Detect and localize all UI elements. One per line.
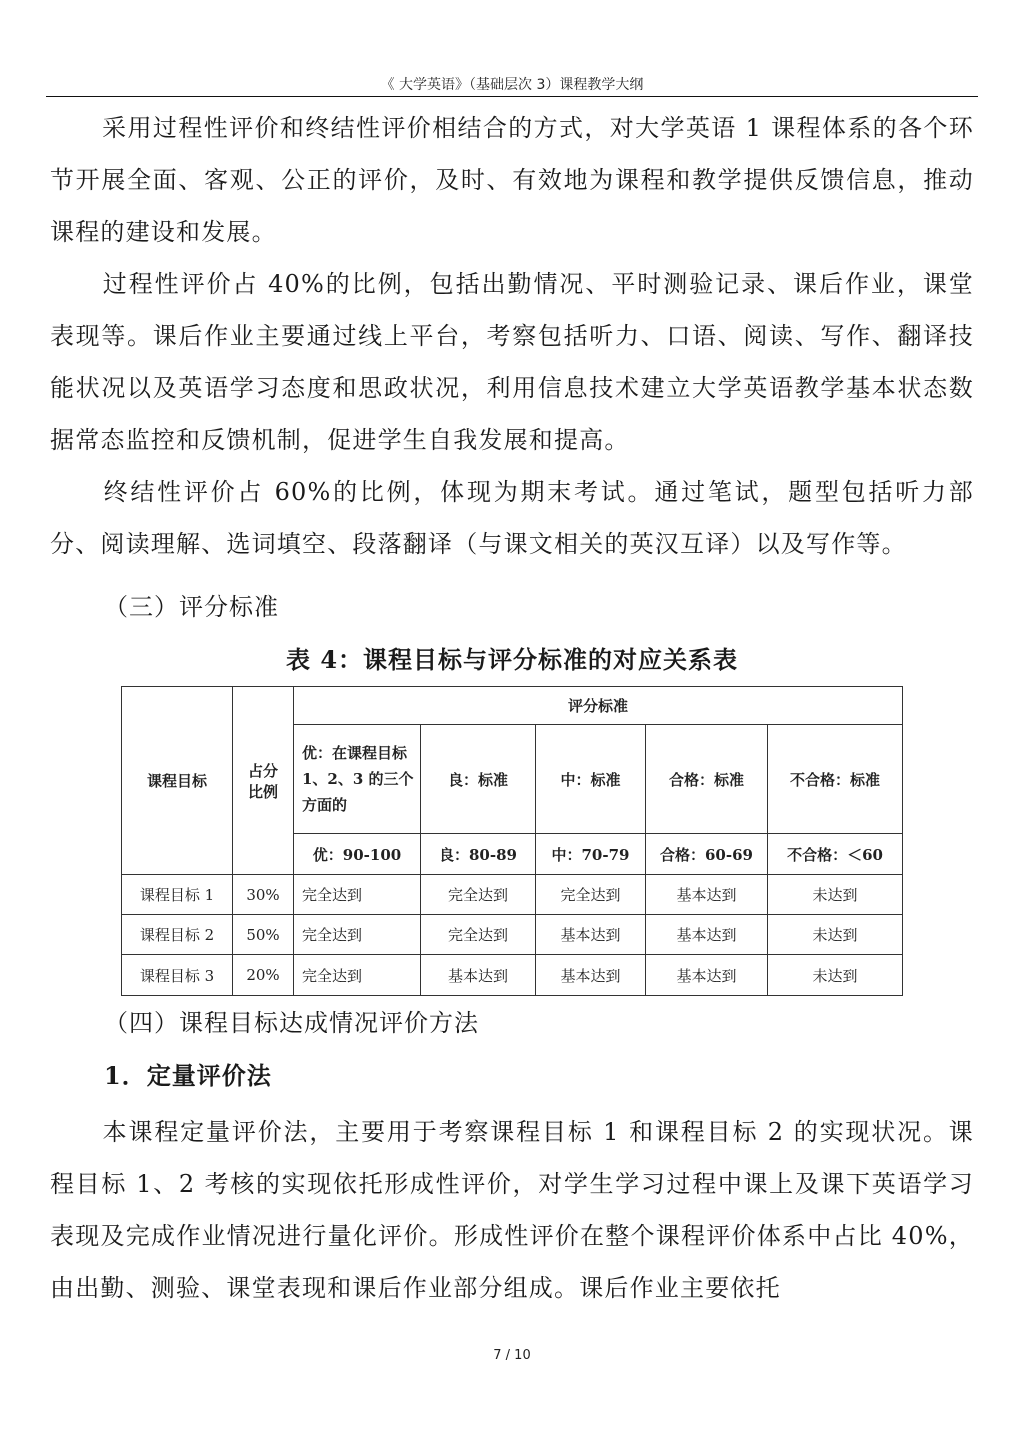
subsection-heading-quantitative: 1．定量评价法	[104, 1056, 272, 1096]
paragraph-text: 终结性评价占 60%的比例，体现为期末考试。通过笔试，题型包括听力部分、阅读理解…	[50, 478, 974, 558]
header-course-goal: 课程目标	[122, 687, 233, 875]
cell-level-good: 基本达到	[421, 955, 536, 996]
table-row: 课程目标 2 50% 完全达到 完全达到 基本达到 基本达到 未达到	[122, 915, 903, 955]
cell-level-excellent: 完全达到	[294, 955, 421, 996]
cell-goal: 课程目标 2	[122, 915, 233, 955]
paragraph-evaluation-approach: 采用过程性评价和终结性评价相结合的方式，对大学英语 1 课程体系的各个环节开展全…	[50, 102, 974, 258]
cell-level-good: 完全达到	[421, 875, 536, 915]
header-criteria-group: 评分标准	[294, 687, 903, 725]
cell-level-fail: 未达到	[768, 955, 903, 996]
cell-ratio: 30%	[233, 875, 294, 915]
table-row: 课程目标 3 20% 完全达到 基本达到 基本达到 基本达到 未达到	[122, 955, 903, 996]
cell-level-fail: 未达到	[768, 915, 903, 955]
header-criteria-good: 良：标准	[421, 725, 536, 834]
paragraph-summative-evaluation: 终结性评价占 60%的比例，体现为期末考试。通过笔试，题型包括听力部分、阅读理解…	[50, 466, 974, 570]
cell-level-good: 完全达到	[421, 915, 536, 955]
grading-criteria-table: 课程目标 占分比例 评分标准 优：在课程目标 1、2、3 的三个方面的 良：标准…	[121, 686, 903, 996]
table-row: 课程目标 1 30% 完全达到 完全达到 完全达到 基本达到 未达到	[122, 875, 903, 915]
header-criteria-fail: 不合格：标准	[768, 725, 903, 834]
score-range-good: 良：80-89	[421, 834, 536, 875]
cell-level-medium: 基本达到	[536, 955, 646, 996]
score-range-medium: 中：70-79	[536, 834, 646, 875]
cell-level-pass: 基本达到	[646, 915, 768, 955]
paragraph-text: 过程性评价占 40%的比例，包括出勤情况、平时测验记录、课后作业，课堂表现等。课…	[50, 270, 974, 454]
cell-level-excellent: 完全达到	[294, 875, 421, 915]
score-range-pass: 合格：60-69	[646, 834, 768, 875]
score-range-excellent: 优：90-100	[294, 834, 421, 875]
score-range-fail: 不合格：＜60	[768, 834, 903, 875]
cell-goal: 课程目标 1	[122, 875, 233, 915]
table-caption: 表 4：课程目标与评分标准的对应关系表	[0, 640, 1024, 675]
header-criteria-medium: 中：标准	[536, 725, 646, 834]
header-criteria-excellent: 优：在课程目标 1、2、3 的三个方面的	[294, 725, 421, 834]
header-criteria-pass: 合格：标准	[646, 725, 768, 834]
cell-level-pass: 基本达到	[646, 875, 768, 915]
paragraph-text: 采用过程性评价和终结性评价相结合的方式，对大学英语 1 课程体系的各个环节开展全…	[50, 114, 974, 246]
cell-ratio: 20%	[233, 955, 294, 996]
section-heading-evaluation-method: （四）课程目标达成情况评价方法	[104, 1003, 479, 1043]
section-heading-grading-criteria: （三）评分标准	[104, 587, 279, 627]
paragraph-text: 本课程定量评价法，主要用于考察课程目标 1 和课程目标 2 的实现状况。课程目标…	[50, 1118, 974, 1302]
cell-level-pass: 基本达到	[646, 955, 768, 996]
paragraph-quantitative-method: 本课程定量评价法，主要用于考察课程目标 1 和课程目标 2 的实现状况。课程目标…	[50, 1106, 974, 1314]
cell-level-excellent: 完全达到	[294, 915, 421, 955]
document-header-title: 《 大学英语》（基础层次 3）课程教学大纲	[0, 74, 1024, 94]
cell-ratio: 50%	[233, 915, 294, 955]
paragraph-process-evaluation: 过程性评价占 40%的比例，包括出勤情况、平时测验记录、课后作业，课堂表现等。课…	[50, 258, 974, 466]
cell-goal: 课程目标 3	[122, 955, 233, 996]
cell-level-medium: 基本达到	[536, 915, 646, 955]
header-score-ratio: 占分比例	[233, 687, 294, 875]
page-number: 7 / 10	[0, 1348, 1024, 1363]
cell-level-medium: 完全达到	[536, 875, 646, 915]
cell-level-fail: 未达到	[768, 875, 903, 915]
header-divider	[46, 96, 978, 97]
